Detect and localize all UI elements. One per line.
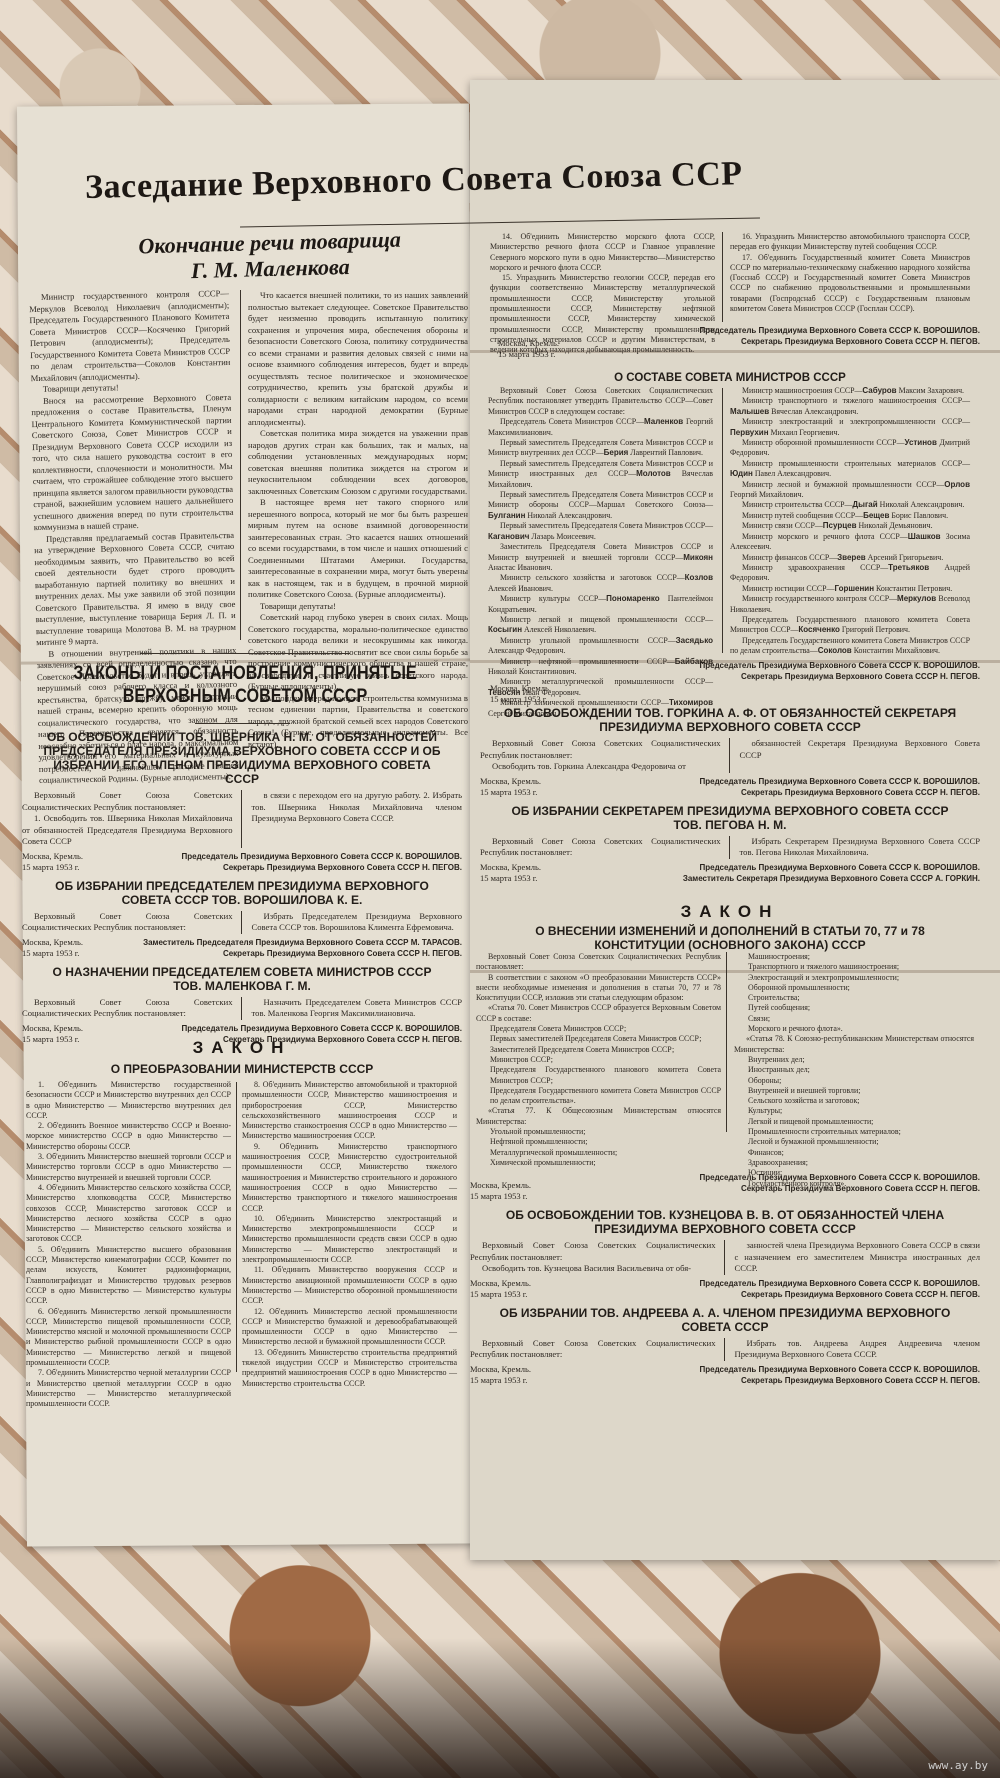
member-surname: Микоян <box>683 553 713 562</box>
member-post: Министр угольной промышленности СССР— <box>500 636 676 645</box>
cabinet-member: Министр транспортного и тяжелого машинос… <box>730 396 970 417</box>
member-given-names: Григорий Петрович. <box>840 625 910 634</box>
member-surname: Бещев <box>863 511 889 520</box>
decree-title: ОБ ИЗБРАНИИ СЕКРЕТАРЕМ ПРЕЗИДИУМА ВЕРХОВ… <box>480 804 980 832</box>
column-divider <box>726 952 727 1132</box>
section-rule <box>140 653 350 654</box>
cabinet-title: О СОСТАВЕ СОВЕТА МИНИСТРОВ СССР <box>480 371 980 385</box>
member-surname: Молотов <box>636 469 671 478</box>
cabinet-member: Министр культуры СССР—Пономаренко Пантел… <box>488 594 713 615</box>
list-item: Финансов; <box>734 1148 974 1158</box>
place-date: Москва, Кремль.15 марта 1953 г. <box>480 776 541 798</box>
cabinet-signatures: Председатель Президиума Верховного Совет… <box>560 660 980 682</box>
member-surname: Косяченко <box>798 625 840 634</box>
cabinet-member: Председатель Государственного планового … <box>730 615 970 636</box>
member-surname: Соколов <box>818 646 852 655</box>
decree-text: обязанностей Секретаря Президиума Верхов… <box>740 738 981 761</box>
member-surname: Устинов <box>904 438 936 447</box>
cabinet-member: Министр здравоохранения СССР—Третьяков А… <box>730 563 970 584</box>
member-surname: Засядько <box>676 636 713 645</box>
member-given-names: Павел Александрович. <box>753 469 831 478</box>
decree-text: в связи с переходом его на другую работу… <box>252 790 463 825</box>
article-77: «Статья 77. К Общесоюзным Министерствам … <box>476 1106 721 1127</box>
date: 15 марта 1953 г. <box>498 349 559 360</box>
list-item: Иностранных дел; <box>734 1065 974 1075</box>
member-surname: Булганин <box>488 511 525 520</box>
member-surname: Дыгай <box>852 500 877 509</box>
list-item: Легкой и пищевой промышленности; <box>734 1117 974 1127</box>
member-given-names: Михаил Георгиевич. <box>769 428 840 437</box>
place: Москва, Кремль. <box>470 1180 531 1191</box>
cabinet-member: Министр лесной и бумажной промышленности… <box>730 480 970 501</box>
zakon-constitution-title: О ВНЕСЕНИИ ИЗМЕНЕНИЙ И ДОПОЛНЕНИЙ В СТАТ… <box>500 924 960 952</box>
zakon-ministries-column-1: 1. Об'единить Министерство государственн… <box>26 1080 231 1410</box>
member-post: Министр здравоохранения СССР— <box>742 563 888 572</box>
column-divider <box>722 232 723 322</box>
list-item: Связи; <box>734 1014 974 1024</box>
cabinet-member: Министр строительства СССР—Дыгай Николай… <box>730 500 970 510</box>
member-surname: Малышев <box>730 407 769 416</box>
paragraph: Что касается внешней политики, то из наш… <box>248 290 468 428</box>
laws-header-line2: ВЕРХОВНЫМ СОВЕТОМ СССР <box>62 685 428 708</box>
zakon-cont-column-2: 16. Упразднить Министерство автомобильно… <box>730 232 970 314</box>
decree-signatures: Заместитель Председателя Президиума Верх… <box>143 937 462 959</box>
decree: ОБ ОСВОБОЖДЕНИИ ТОВ. КУЗНЕЦОВА В. В. ОТ … <box>470 1208 980 1300</box>
list-item: Министров СССР; <box>476 1055 721 1065</box>
member-post: Министр лесной и бумажной промышленности… <box>742 480 944 489</box>
member-surname: Меркулов <box>897 594 936 603</box>
list-item: Заместителей Председателя Совета Министр… <box>476 1045 721 1055</box>
paragraph: Внося на рассмотрение Верховного Совета … <box>31 391 234 533</box>
member-surname: Козлов <box>685 573 713 582</box>
paragraph: 1. Об'единить Министерство государственн… <box>26 1080 231 1121</box>
place-date: Москва, Кремль.15 марта 1953 г. <box>470 1278 531 1300</box>
decree-text: Избрать тов. Андреева Андрея Андреевича … <box>735 1338 981 1361</box>
signature-chair: Председатель Президиума Верховного Совет… <box>560 660 980 671</box>
decree-text: занностей члена Президиума Верховного Со… <box>735 1240 981 1275</box>
decree-body-left: Верховный Совет Союза Советских Социалис… <box>470 1338 725 1361</box>
cabinet-member: Министр оборонной промышленности СССР—Ус… <box>730 438 970 459</box>
member-surname: Псурцев <box>823 521 857 530</box>
zakon-ministries-column-2: 8. Об'единить Министерство автомобильной… <box>242 1080 457 1389</box>
list-item: Культуры; <box>734 1106 974 1116</box>
paragraph: В настоящее время нет такого спорного ил… <box>248 497 468 601</box>
member-given-names: Вячеслав Александрович. <box>769 407 858 416</box>
cabinet-member: Министр сельского хозяйства и заготовок … <box>488 573 713 594</box>
decree-body-right: Избрать Председателем Президиума Верховн… <box>252 911 463 934</box>
decree-body-right: Избрать Секретарем Президиума Верховного… <box>740 836 981 859</box>
member-surname: Маленков <box>644 417 683 426</box>
decree-text: Избрать Секретарем Президиума Верховного… <box>740 836 981 859</box>
cabinet-intro: Верховный Совет Союза Советских Социалис… <box>488 386 713 417</box>
laws-header: ЗАКОНЫ И ПОСТАНОВЛЕНИЯ, ПРИНЯТЫЕ ВЕРХОВН… <box>62 662 428 708</box>
list-item: Путей сообщения; <box>734 1003 974 1013</box>
date: 15 марта 1953 г. <box>490 694 551 705</box>
decree: ОБ ИЗБРАНИИ ТОВ. АНДРЕЕВА А. А. ЧЛЕНОМ П… <box>470 1306 980 1386</box>
member-post: Министр строительства СССР— <box>742 500 852 509</box>
cabinet-member: Первый заместитель Председателя Совета М… <box>488 438 713 459</box>
place-date: Москва, Кремль.15 марта 1953 г. <box>22 937 83 959</box>
ministry-list: Машиностроения;Транспортного и тяжелого … <box>734 952 974 1034</box>
place-date: Москва, Кремль.15 марта 1953 г. <box>22 851 83 873</box>
cabinet-member: Министр связи СССР—Псурцев Николай Демья… <box>730 521 970 531</box>
paragraph: 2. Об'единить Военное министерство СССР … <box>26 1121 231 1152</box>
zakon-constitution-signatures: Председатель Президиума Верховного Совет… <box>560 1172 980 1194</box>
date: 15 марта 1953 г. <box>470 1191 531 1202</box>
list-item: Сельского хозяйства и заготовок; <box>734 1096 974 1106</box>
decree-signatures: Председатель Президиума Верховного Совет… <box>699 1278 980 1300</box>
cabinet-member: Первый заместитель Председателя Совета М… <box>488 521 713 542</box>
signature-secretary: Секретарь Президиума Верховного Совета С… <box>560 671 980 682</box>
list-item: Здравоохранения; <box>734 1158 974 1168</box>
member-post: Министр промышленности строительных мате… <box>742 459 970 468</box>
decree-text: Освободить тов. Кузнецова Василия Василь… <box>470 1263 716 1275</box>
paragraph: В соответствии с законом «О преобразован… <box>476 973 721 1004</box>
cabinet-member: Министр путей сообщения СССР—Бещев Борис… <box>730 511 970 521</box>
decree: ОБ ИЗБРАНИИ СЕКРЕТАРЕМ ПРЕЗИДИУМА ВЕРХОВ… <box>480 804 980 884</box>
column-divider <box>240 290 241 640</box>
place-date: Москва, Кремль.15 марта 1953 г. <box>480 862 541 884</box>
cabinet-member: Министр легкой и пищевой промышленности … <box>488 615 713 636</box>
member-surname: Орлов <box>944 480 970 489</box>
paragraph: 11. Об'единить Министерство вооружения С… <box>242 1265 457 1306</box>
member-surname: Горшенин <box>834 584 874 593</box>
decree-preamble: Верховный Совет Союза Советских Социалис… <box>22 997 233 1020</box>
watermark: www.ay.by <box>928 1759 988 1772</box>
paragraph: 4. Об'единить Министерство сельского хоз… <box>26 1183 231 1245</box>
member-given-names: Николай Александрович. <box>525 511 612 520</box>
member-given-names: Константин Михайлович. <box>852 646 940 655</box>
member-surname: Юдин <box>730 469 753 478</box>
decree-preamble: Верховный Совет Союза Советских Социалис… <box>480 836 721 859</box>
member-post: Министр электростанций и электропромышле… <box>742 417 970 426</box>
decree-text: Назначить Председателем Совета Министров… <box>252 997 463 1020</box>
decrees-left: ОБ ОСВОБОЖДЕНИИ ТОВ. ШВЕРНИКА Н. М. ОТ О… <box>22 730 462 1051</box>
paragraph: «Статья 70. Совет Министров СССР образуе… <box>476 1003 721 1024</box>
zakon-signatures: Председатель Президиума Верховного Совет… <box>560 325 980 347</box>
list-item: Угольной промышленности; <box>476 1127 721 1137</box>
member-surname: Третьяков <box>888 563 929 572</box>
member-surname: Каганович <box>488 532 529 541</box>
member-post: Первый заместитель Председателя Совета М… <box>488 490 713 509</box>
member-surname: Шашков <box>908 532 941 541</box>
place-date: Москва, Кремль. 15 марта 1953 г. <box>490 683 551 705</box>
paragraph: 14. Об'единить Министерство морского фло… <box>490 232 715 273</box>
decree-text: Освободить тов. Горкина Александра Федор… <box>480 761 721 773</box>
decree-signatures: Председатель Президиума Верховного Совет… <box>181 851 462 873</box>
paragraph: 13. Об'единить Министерство строительств… <box>242 1348 457 1389</box>
member-given-names: Лазарь Моисеевич. <box>529 532 595 541</box>
decree-body-right: Избрать тов. Андреева Андрея Андреевича … <box>735 1338 981 1361</box>
member-post: Первый заместитель Председателя Совета М… <box>500 521 713 530</box>
decrees-right-2: ОБ ОСВОБОЖДЕНИИ ТОВ. КУЗНЕЦОВА В. В. ОТ … <box>470 1208 980 1392</box>
ministry-list: Председателя Совета Министров СССР;Первы… <box>476 1024 721 1106</box>
decree-body-right: в связи с переходом его на другую работу… <box>252 790 463 848</box>
list-item: Электростанций и электропромышленности; <box>734 973 974 983</box>
paragraph: 3. Об'единить Министерство внешней торго… <box>26 1152 231 1183</box>
decree-title: ОБ ИЗБРАНИИ ПРЕДСЕДАТЕЛЕМ ПРЕЗИДИУМА ВЕР… <box>22 879 462 907</box>
paragraph: 7. Об'единить Министерство черной металл… <box>26 1368 231 1409</box>
column-divider <box>236 1082 237 1372</box>
member-post: Министр путей сообщения СССР— <box>742 511 863 520</box>
decree-signatures: Председатель Президиума Верховного Совет… <box>699 776 980 798</box>
cabinet-column-2: Министр машиностроения СССР—Сабуров Макс… <box>730 386 970 657</box>
place: Москва, Кремль. <box>490 683 551 694</box>
decree-title: ОБ ОСВОБОЖДЕНИИ ТОВ. ШВЕРНИКА Н. М. ОТ О… <box>22 730 462 786</box>
decree-body-left: Верховный Совет Союза Советских Социалис… <box>480 836 730 859</box>
section-rule <box>195 723 290 724</box>
zakon-ministries-label: ЗАКОН <box>22 1038 462 1058</box>
member-given-names: Арсений Григорьевич. <box>866 553 944 562</box>
decree-body-right: Назначить Председателем Совета Министров… <box>252 997 463 1020</box>
list-item: Председателя Государственного комитета С… <box>476 1086 721 1107</box>
member-post: Министр морского и речного флота СССР— <box>742 532 908 541</box>
signature-chair: Председатель Президиума Верховного Совет… <box>560 325 980 336</box>
cabinet-member: Первый заместитель Председателя Совета М… <box>488 490 713 521</box>
decree-body-left: Верховный Совет Союза Советских Социалис… <box>22 911 242 934</box>
member-post: Министр оборонной промышленности СССР— <box>742 438 904 447</box>
list-item: Оборонной промышленности; <box>734 983 974 993</box>
decree-preamble: Верховный Совет Союза Советских Социалис… <box>470 1240 716 1263</box>
laws-header-line1: ЗАКОНЫ И ПОСТАНОВЛЕНИЯ, ПРИНЯТЫЕ <box>62 662 428 685</box>
cabinet-member: Председатель Совета Министров СССР—Мален… <box>488 417 713 438</box>
list-item: Морского и речного флота». <box>734 1024 974 1034</box>
decree-preamble: Верховный Совет Союза Советских Социалис… <box>480 738 721 761</box>
paragraph: Советская политика мира зиждется на уваж… <box>248 428 468 497</box>
list-item: Председателя Совета Министров СССР; <box>476 1024 721 1034</box>
member-post: Министр транспортного и тяжелого машинос… <box>742 396 970 405</box>
member-surname: Первухин <box>730 428 769 437</box>
decree-body-right: обязанностей Секретаря Президиума Верхов… <box>740 738 981 773</box>
place-date: Москва, Кремль.15 марта 1953 г. <box>470 1364 531 1386</box>
list-item: Строительства; <box>734 993 974 1003</box>
cabinet-member: Министр морского и речного флота СССР—Ша… <box>730 532 970 553</box>
list-item: Транспортного и тяжелого машиностроения; <box>734 962 974 972</box>
decree-body-left: Верховный Совет Союза Советских Социалис… <box>480 738 730 773</box>
list-item: Лесной и бумажной промышленности; <box>734 1137 974 1147</box>
paragraph: 9. Об'единить Министерство транспортного… <box>242 1142 457 1214</box>
member-given-names: Борис Павлович. <box>889 511 948 520</box>
member-post: Министр связи СССР— <box>742 521 823 530</box>
decree-title: ОБ ИЗБРАНИИ ТОВ. АНДРЕЕВА А. А. ЧЛЕНОМ П… <box>470 1306 980 1334</box>
zakon-constitution-column-1: Верховный Совет Союза Советских Социалис… <box>476 952 721 1168</box>
decree-body-left: Верховный Совет Союза Советских Социалис… <box>22 790 242 848</box>
list-item: Председателя Государственного планового … <box>476 1065 721 1086</box>
list-item: Машиностроения; <box>734 952 974 962</box>
member-post: Заместитель Председателя Совета Министро… <box>488 542 713 561</box>
list-item: Металлургической промышленности; <box>476 1148 721 1158</box>
paragraph: Верховный Совет Союза Советских Социалис… <box>476 952 721 973</box>
ministry-list: Угольной промышленности;Нефтяной промышл… <box>476 1127 721 1168</box>
member-surname: Берия <box>604 448 629 457</box>
place-date: Москва, Кремль. 15 марта 1953 г. <box>498 338 559 360</box>
article-78: «Статья 78. К Союзно-республиканским Мин… <box>734 1034 974 1055</box>
decrees-right: ОБ ОСВОБОЖДЕНИИ ТОВ. ГОРКИНА А. Ф. ОТ ОБ… <box>480 706 980 890</box>
member-given-names: Александр Федорович. <box>488 646 565 655</box>
decree-title: ОБ ОСВОБОЖДЕНИИ ТОВ. КУЗНЕЦОВА В. В. ОТ … <box>470 1208 980 1236</box>
signature-secretary: Секретарь Президиума Верховного Совета С… <box>560 1183 980 1194</box>
speech-column-1: Министр государственного контроля СССР— … <box>29 288 239 787</box>
paragraph: 16. Упразднить Министерство автомобильно… <box>730 232 970 253</box>
decree-body-left: Верховный Совет Союза Советских Социалис… <box>22 997 242 1020</box>
list-item: Химической промышленности; <box>476 1158 721 1168</box>
cabinet-member: Министр государственного контроля СССР—М… <box>730 594 970 615</box>
decree-preamble: Верховный Совет Союза Советских Социалис… <box>22 911 233 934</box>
decree-body-left: Верховный Совет Союза Советских Социалис… <box>470 1240 725 1275</box>
place-date: Москва, Кремль. 15 марта 1953 г. <box>470 1180 531 1202</box>
decree: ОБ ОСВОБОЖДЕНИИ ТОВ. ШВЕРНИКА Н. М. ОТ О… <box>22 730 462 873</box>
member-surname: Сабуров <box>862 386 896 395</box>
cabinet-member: Министр юстиции СССР—Горшенин Константин… <box>730 584 970 594</box>
paragraph: Министр государственного контроля СССР— … <box>29 288 231 384</box>
cabinet-member: Заместитель Председателя Совета Министро… <box>488 542 713 573</box>
decree-text: Избрать Председателем Президиума Верховн… <box>252 911 463 934</box>
decree-text: 1. Освободить тов. Шверника Николая Миха… <box>22 813 233 848</box>
cabinet-member: Министр угольной промышленности СССР—Зас… <box>488 636 713 657</box>
decree-preamble: Верховный Совет Союза Советских Социалис… <box>470 1338 716 1361</box>
member-given-names: Николай Демьянович. <box>857 521 933 530</box>
decree-title: О НАЗНАЧЕНИИ ПРЕДСЕДАТЕЛЕМ СОВЕТА МИНИСТ… <box>22 965 462 993</box>
list-item: Нефтяной промышленности; <box>476 1137 721 1147</box>
decree-title: ОБ ОСВОБОЖДЕНИИ ТОВ. ГОРКИНА А. Ф. ОТ ОБ… <box>480 706 980 734</box>
member-given-names: Лаврентий Павлович. <box>628 448 703 457</box>
member-post: Министр сельского хозяйства и заготовок … <box>500 573 685 582</box>
list-item: Первых заместителей Председателя Совета … <box>476 1034 721 1044</box>
cabinet-member: Министр машиностроения СССР—Сабуров Макс… <box>730 386 970 396</box>
decree: ОБ ИЗБРАНИИ ПРЕДСЕДАТЕЛЕМ ПРЕЗИДИУМА ВЕР… <box>22 879 462 959</box>
member-post: Министр государственного контроля СССР— <box>742 594 897 603</box>
zakon-constitution-label: ЗАКОН <box>480 902 980 922</box>
paragraph: Представляя предлагаемый состав Правител… <box>34 529 236 648</box>
list-item: Внутренней и внешней торговли; <box>734 1086 974 1096</box>
member-given-names: Алексей Николаевич. <box>522 625 596 634</box>
column-divider <box>722 388 723 653</box>
paragraph: 8. Об'единить Министерство автомобильной… <box>242 1080 457 1142</box>
cabinet-member: Первый заместитель Председателя Совета М… <box>488 459 713 490</box>
cabinet-member: Министр промышленности строительных мате… <box>730 459 970 480</box>
member-given-names: Максим Захарович. <box>897 386 964 395</box>
decree: О НАЗНАЧЕНИИ ПРЕДСЕДАТЕЛЕМ СОВЕТА МИНИСТ… <box>22 965 462 1045</box>
decree-preamble: Верховный Совет Союза Советских Социалис… <box>22 790 233 813</box>
decree-signatures: Председатель Президиума Верховного Совет… <box>683 862 980 884</box>
zakon-constitution-column-2: Машиностроения;Транспортного и тяжелого … <box>734 952 974 1189</box>
member-given-names: Алексей Иванович. <box>488 584 553 593</box>
speech-title: Окончание речи товарища Г. М. Маленкова <box>109 226 430 286</box>
place: Москва, Кремль. <box>498 338 559 349</box>
member-surname: Косыгин <box>488 625 522 634</box>
ministry-list: Внутренних дел;Иностранных дел;Обороны;В… <box>734 1055 974 1189</box>
paragraph: 5. Об'единить Министерство высшего образ… <box>26 1245 231 1307</box>
member-post: Министр культуры СССР— <box>500 594 606 603</box>
member-given-names: Анастас Иванович. <box>488 563 552 572</box>
zakon-ministries-title: О ПРЕОБРАЗОВАНИИ МИНИСТЕРСТВ СССР <box>22 1062 462 1076</box>
list-item: Внутренних дел; <box>734 1055 974 1065</box>
paragraph: 12. Об'единить Министерство лесной промы… <box>242 1307 457 1348</box>
list-item: Обороны; <box>734 1076 974 1086</box>
signature-secretary: Секретарь Президиума Верховного Совета С… <box>560 336 980 347</box>
member-given-names: Георгий Михайлович. <box>730 490 804 499</box>
member-post: Министр юстиции СССР— <box>742 584 834 593</box>
paragraph: 17. Об'единить Государственный комитет С… <box>730 253 970 315</box>
member-post: Министр финансов СССР— <box>742 553 837 562</box>
member-given-names: Николай Александрович. <box>878 500 965 509</box>
member-surname: Зверев <box>837 553 866 562</box>
paragraph: 10. Об'единить Министерство электростанц… <box>242 1214 457 1265</box>
member-post: Председатель Совета Министров СССР— <box>500 417 644 426</box>
signature-chair: Председатель Президиума Верховного Совет… <box>560 1172 980 1183</box>
member-surname: Пономаренко <box>606 594 659 603</box>
member-given-names: Константин Петрович. <box>874 584 952 593</box>
decree-body-right: занностей члена Президиума Верховного Со… <box>735 1240 981 1275</box>
cabinet-member: Председатель Государственного комитета С… <box>730 636 970 657</box>
paragraph: 6. Об'единить Министерство легкой промыш… <box>26 1307 231 1369</box>
paragraph: Товарищи депутаты! <box>248 601 468 613</box>
cabinet-member: Министр финансов СССР—Зверев Арсений Гри… <box>730 553 970 563</box>
decree: ОБ ОСВОБОЖДЕНИИ ТОВ. ГОРКИНА А. Ф. ОТ ОБ… <box>480 706 980 798</box>
member-post: Министр легкой и пищевой промышленности … <box>500 615 713 624</box>
cabinet-member: Министр электростанций и электропромышле… <box>730 417 970 438</box>
list-item: Промышленности строительных материалов; <box>734 1127 974 1137</box>
member-post: Министр машиностроения СССР— <box>742 386 862 395</box>
decree-signatures: Председатель Президиума Верховного Совет… <box>699 1364 980 1386</box>
